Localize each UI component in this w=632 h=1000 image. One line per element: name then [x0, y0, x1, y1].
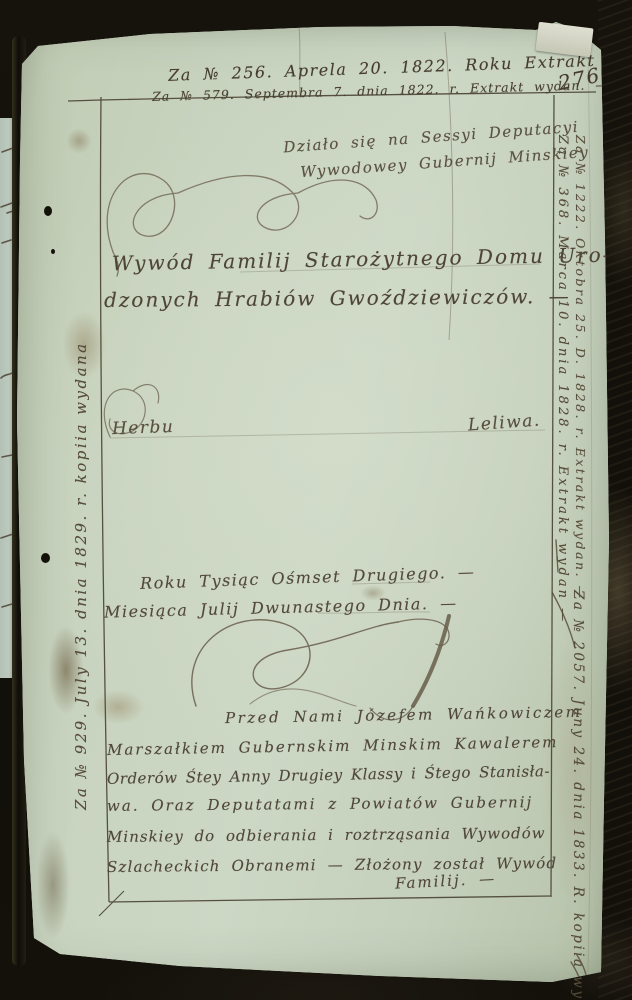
right-margin-note-top-line-2: Za № 1222. Oktobra 25. D. 1828. r. Extra… — [573, 135, 588, 575]
manuscript-page: Za № 256. Aprela 20. 1822. Roku Extrakt … — [0, 0, 632, 1000]
coat-of-arms-label: Herbu — [112, 417, 175, 439]
right-margin-note-top: Za № 1222. Oktobra 25. D. 1828. r. Extra… — [552, 135, 588, 575]
left-margin-note: Za № 929. July 13. dnia 1829. r. kopiia … — [72, 330, 92, 810]
body-line: Minskiey do odbierania i roztrząsania Wy… — [107, 824, 546, 846]
right-margin-note-bottom: Za № 2057. Juny 24. dnia 1833. R. kopiia… — [568, 590, 586, 990]
left-margin-note-text: Za № 929. July 13. dnia 1829. r. kopiia … — [72, 330, 90, 810]
body-line: wa. Oraz Deputatami z Powiatów Gubernij — [107, 793, 533, 815]
right-margin-note-bottom-text: Za № 2057. Juny 24. dnia 1833. R. kopiia… — [570, 590, 586, 990]
right-margin-note-top-line-1: Za № 368. Marca 10. dnia 1828. r. Extrak… — [555, 135, 570, 575]
document-title-line-2: dzonych Hrabiów Gwoździewiczów. — — [104, 284, 571, 312]
